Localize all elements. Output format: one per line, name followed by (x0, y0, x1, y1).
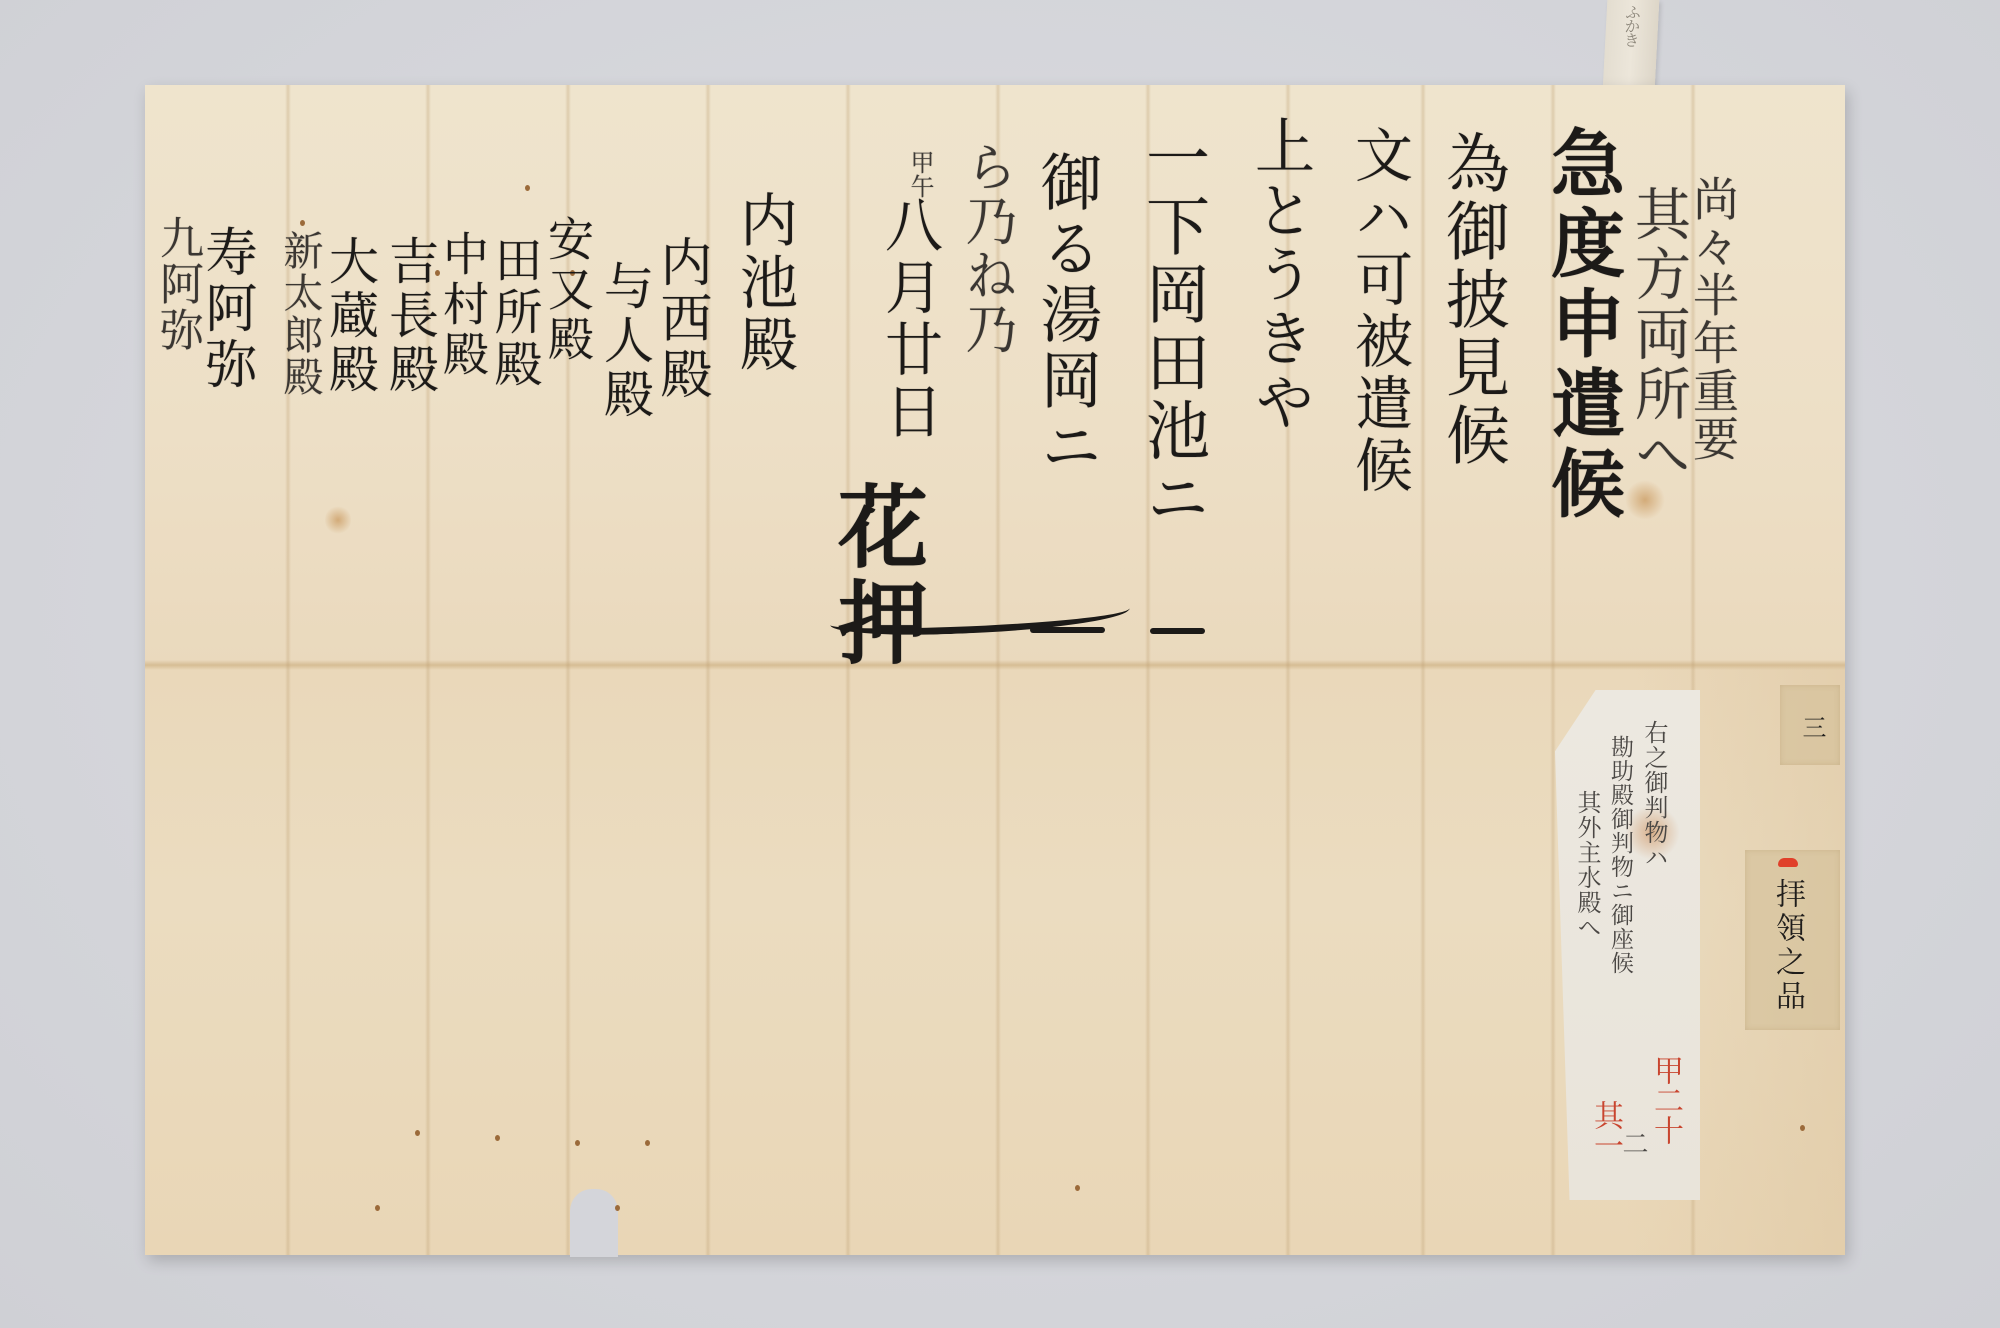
tab-strip-text: ふかき (1619, 4, 1644, 46)
ink-spot (645, 1140, 650, 1146)
era-note: 甲午 (908, 150, 932, 198)
slip-text-column-2: 勘助殿御判物ニ御座候 (1608, 735, 1631, 975)
ink-spot (1075, 1185, 1080, 1191)
addressee-6: 中村殿 (440, 230, 486, 380)
ink-spot (415, 1130, 420, 1136)
addressee-4: 安又殿 (545, 215, 591, 365)
slip-text-column-1: 右之御判物ハ (1642, 720, 1666, 870)
ink-spot (495, 1135, 500, 1141)
text-column-1: 尚々半年重要 (1690, 175, 1736, 463)
number-label: 三 (1800, 715, 1824, 739)
addressee-1: 内池殿 (735, 190, 793, 376)
addressee-2: 内西殿 (655, 235, 707, 403)
text-column-4: 為御披見候 (1440, 130, 1504, 470)
addressee-9: 新太郎殿 (280, 230, 320, 398)
text-column-2: 其方両所へ (1630, 185, 1686, 485)
ink-spot (525, 185, 530, 191)
red-seal-mark (1778, 858, 1798, 867)
addressee-11: 九阿弥 (155, 215, 199, 353)
hanging-tab-strip: ふかき (1603, 0, 1660, 90)
ink-spot (300, 220, 305, 226)
addressee-10: 寿阿弥 (200, 225, 252, 393)
ink-spot (615, 1205, 620, 1211)
ink-spot (575, 1140, 580, 1146)
ink-spot (1800, 1125, 1805, 1131)
text-column-9: ら乃ね乃 (960, 140, 1012, 356)
date-column: 八月廿日 (880, 195, 938, 443)
signature-kao: 花押 (830, 480, 920, 672)
addressee-5: 田所殿 (490, 235, 538, 391)
name-label: 拝領之品 (1772, 878, 1802, 1014)
addressee-8: 大蔵殿 (325, 235, 375, 397)
slip-text-column-4: 二 (1620, 1130, 1646, 1157)
text-column-8: 御る湯岡ニ (1035, 150, 1097, 480)
text-column-6: 上とうきや (1250, 115, 1310, 435)
text-column-3: 急度申遣候 (1545, 125, 1619, 525)
addressee-3: 与人殿 (600, 260, 650, 422)
addressee-7: 吉長殿 (385, 235, 435, 397)
slip-text-column-3: 其外主水殿へ (1575, 790, 1599, 940)
foxing-stain (325, 505, 351, 535)
torn-notch (570, 1189, 618, 1257)
vertical-fold-line (1420, 85, 1426, 1255)
slip-red-annotation-1: 甲二十 (1650, 1055, 1680, 1145)
slip-red-annotation-2: 其一 (1590, 1100, 1620, 1160)
text-column-5: 文ハ可被遣候 (1350, 125, 1408, 497)
ink-spot (375, 1205, 380, 1211)
foxing-stain (1625, 480, 1665, 520)
underline-stroke (1150, 628, 1205, 634)
text-column-7: 一下岡田池ニ (1140, 125, 1204, 533)
underline-stroke (1030, 627, 1105, 633)
